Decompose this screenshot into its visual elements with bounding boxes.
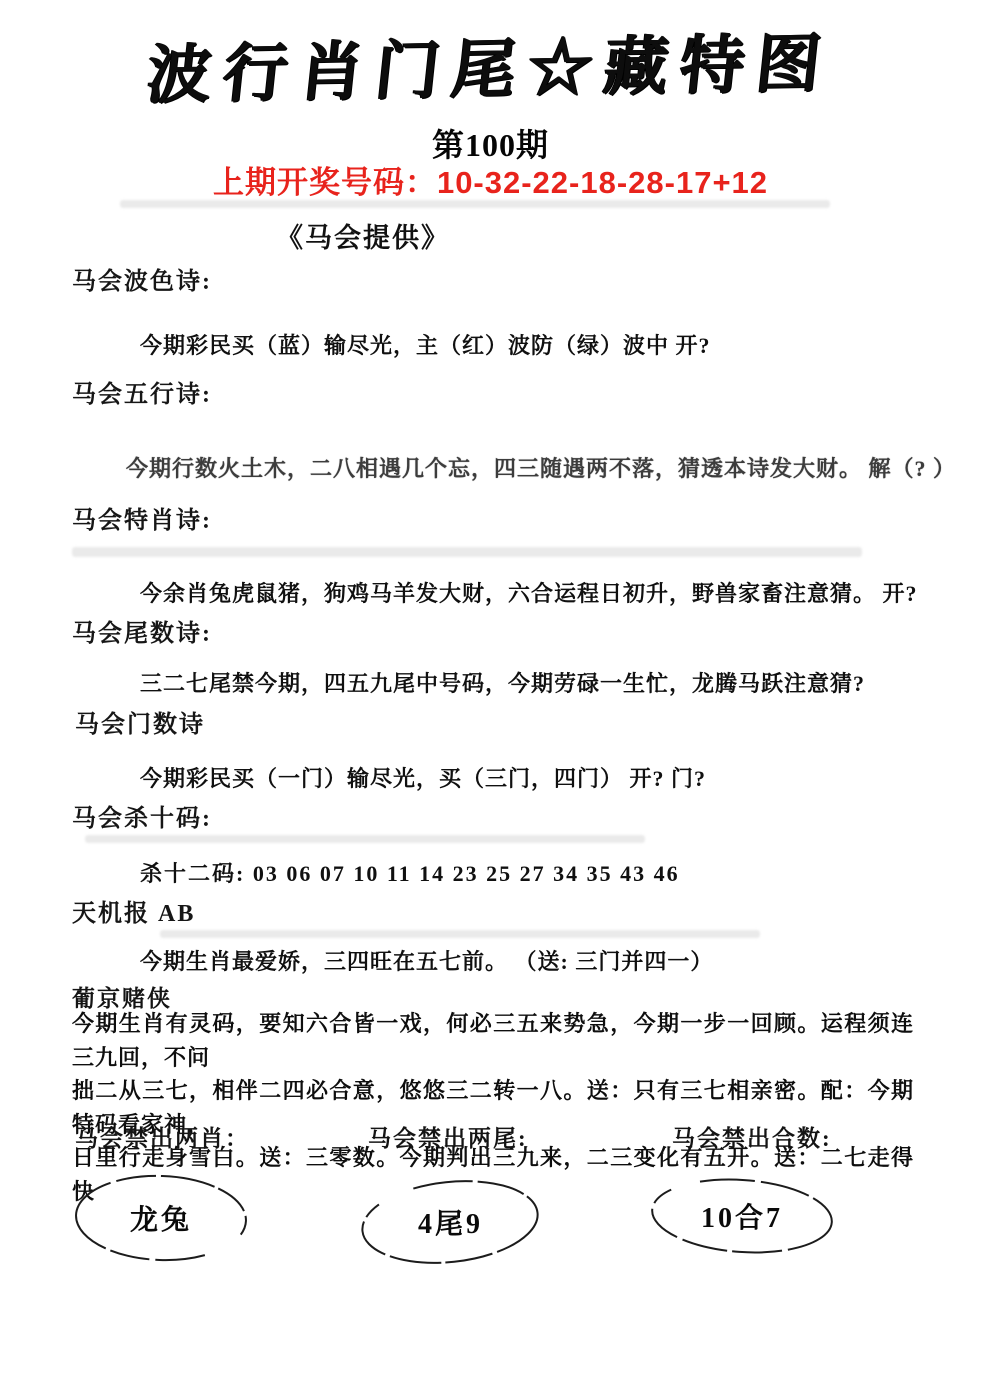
ban-label-heshu: 马会禁出合数: <box>672 1120 832 1153</box>
scan-artifact <box>160 930 760 938</box>
last-draw-numbers: 上期开奖号码：10-32-22-18-28-17+12 <box>0 157 981 202</box>
section-heading-weishu: 马会尾数诗: <box>72 613 212 648</box>
pujing-line: 今期生肖有灵码，要知六合皆一戏，何必三五来势急，今期一步一回顾。运程须连三九回，… <box>72 1007 914 1074</box>
scan-artifact <box>72 547 862 557</box>
ban-value-wei: 4尾9 <box>358 1178 543 1266</box>
ban-oval-wei: 4尾9 <box>358 1178 543 1266</box>
provider-note: 《马会提供》 <box>276 216 450 255</box>
section-heading-texiao: 马会特肖诗: <box>72 500 212 535</box>
section-heading-wuxing: 马会五行诗: <box>72 374 212 409</box>
ban-value-heshu: 10合7 <box>648 1176 836 1256</box>
section-line-tianji: 今期生肖最爱娇，三四旺在五七前。 （送: 三门并四一） <box>140 945 713 976</box>
doc-title: 波行肖门尾☆藏特图 <box>0 9 981 118</box>
ban-value-shengxiao: 龙兔 <box>72 1172 250 1264</box>
section-line-shashima: 杀十二码: 03 06 07 10 11 14 23 25 27 34 35 4… <box>140 857 680 888</box>
scan-artifact <box>85 835 645 843</box>
section-line-menshu: 今期彩民买（一门）输尽光，买（三门，四门） 开? 门? <box>140 762 706 793</box>
ban-label-shengxiao: 马会禁出两肖： <box>75 1120 250 1153</box>
section-line-bose: 今期彩民买（蓝）输尽光，主（红）波防（绿）波中 开? <box>140 329 711 360</box>
section-line-texiao: 今余肖兔虎鼠猪，狗鸡马羊发大财，六合运程日初升，野兽家畜注意猜。 开? <box>140 577 918 608</box>
scan-artifact <box>120 200 830 208</box>
lottery-tip-sheet: 波行肖门尾☆藏特图 第100期 上期开奖号码：10-32-22-18-28-17… <box>0 0 981 1388</box>
section-heading-tianji: 天机报 AB <box>72 893 195 928</box>
ban-oval-heshu: 10合7 <box>648 1176 836 1256</box>
ban-oval-shengxiao: 龙兔 <box>72 1172 250 1264</box>
section-line-weishu: 三二七尾禁今期，四五九尾中号码，今期劳碌一生忙，龙腾马跃注意猜? <box>140 667 865 698</box>
section-line-wuxing: 今期行数火土木，二八相遇几个忘，四三随遇两不落，猜透本诗发大财。 解（? ） <box>126 452 956 483</box>
section-heading-bose: 马会波色诗: <box>72 261 212 296</box>
section-heading-shashima: 马会杀十码: <box>72 798 212 833</box>
section-heading-menshu: 马会门数诗 <box>75 704 205 739</box>
ban-label-wei: 马会禁出两尾: <box>368 1120 528 1153</box>
